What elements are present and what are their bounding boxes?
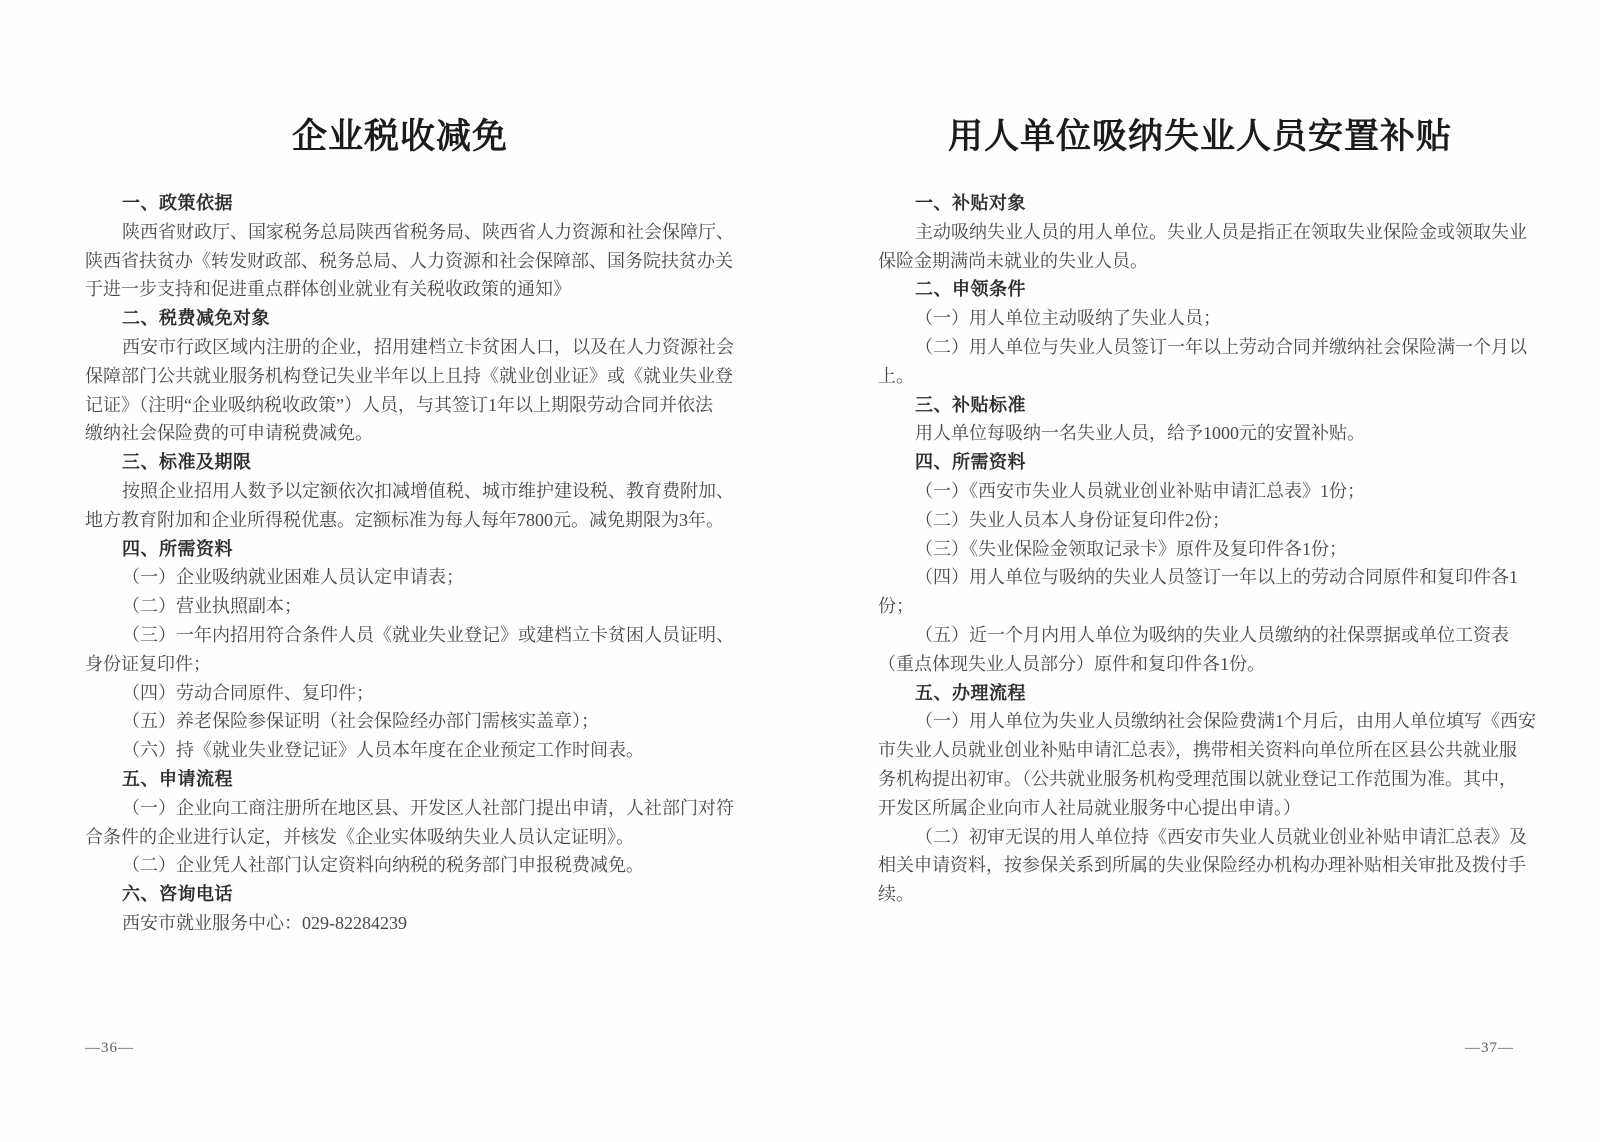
- page-left: 企业税收减免 一、政策依据陕西省财政厅、国家税务总局陕西省税务局、陕西省人力资源…: [0, 0, 800, 1142]
- text-line: （三）《失业保险金领取记录卡》原件及复印件各1份；: [878, 535, 1530, 564]
- section-heading: 三、标准及期限: [85, 448, 737, 477]
- section-heading: 六、咨询电话: [85, 880, 737, 909]
- text-line: 上。: [878, 362, 1530, 391]
- text-line: （六）持《就业失业登记证》人员本年度在企业预定工作时间表。: [85, 736, 737, 765]
- text-line: 西安市行政区域内注册的企业，招用建档立卡贫困人口，以及在人力资源社会: [85, 333, 737, 362]
- text-line: （五）养老保险参保证明（社会保险经办部门需核实盖章）；: [85, 707, 737, 736]
- section-heading: 五、申请流程: [85, 765, 737, 794]
- text-line: （四）劳动合同原件、复印件；: [85, 679, 737, 708]
- text-line: （一）企业吸纳就业困难人员认定申请表；: [85, 563, 737, 592]
- text-line: 西安市就业服务中心：029-82284239: [85, 909, 737, 938]
- text-line: 陕西省扶贫办《转发财政部、税务总局、人力资源和社会保障部、国务院扶贫办关: [85, 247, 737, 276]
- text-line: （二）企业凭人社部门认定资料向纳税的税务部门申报税费减免。: [85, 851, 737, 880]
- text-line: 身份证复印件；: [85, 650, 737, 679]
- text-line: （四）用人单位与吸纳的失业人员签订一年以上的劳动合同原件和复印件各1: [878, 563, 1530, 592]
- text-line: （二）初审无误的用人单位持《西安市失业人员就业创业补贴申请汇总表》及: [878, 823, 1530, 852]
- text-line: （一）用人单位主动吸纳了失业人员；: [878, 304, 1530, 333]
- text-line: 续。: [878, 880, 1530, 909]
- text-line: 市失业人员就业创业补贴申请汇总表》，携带相关资料向单位所在区县公共就业服: [878, 736, 1530, 765]
- text-line: 于进一步支持和促进重点群体创业就业有关税收政策的通知》: [85, 275, 737, 304]
- section-heading: 二、税费减免对象: [85, 304, 737, 333]
- page-title: 企业税收减免: [0, 112, 800, 162]
- text-line: （二）失业人员本人身份证复印件2份；: [878, 506, 1530, 535]
- page-title: 用人单位吸纳失业人员安置补贴: [800, 112, 1600, 162]
- section-heading: 四、所需资料: [878, 448, 1530, 477]
- text-line: 份；: [878, 592, 1530, 621]
- text-line: 保险金期满尚未就业的失业人员。: [878, 247, 1530, 276]
- text-line: 地方教育附加和企业所得税优惠。定额标准为每人每年7800元。减免期限为3年。: [85, 506, 737, 535]
- section-heading: 五、办理流程: [878, 679, 1530, 708]
- text-line: 主动吸纳失业人员的用人单位。失业人员是指正在领取失业保险金或领取失业: [878, 218, 1530, 247]
- text-line: 缴纳社会保险费的可申请税费减免。: [85, 419, 737, 448]
- section-heading: 一、补贴对象: [878, 189, 1530, 218]
- text-line: （一）企业向工商注册所在地区县、开发区人社部门提出申请，人社部门对符: [85, 794, 737, 823]
- document-spread: 企业税收减免 一、政策依据陕西省财政厅、国家税务总局陕西省税务局、陕西省人力资源…: [0, 0, 1600, 1142]
- page-body: 一、补贴对象主动吸纳失业人员的用人单位。失业人员是指正在领取失业保险金或领取失业…: [878, 189, 1530, 909]
- page-number: —37—: [1465, 1037, 1514, 1059]
- text-line: 用人单位每吸纳一名失业人员，给予1000元的安置补贴。: [878, 419, 1530, 448]
- text-line: （一）《西安市失业人员就业创业补贴申请汇总表》1份；: [878, 477, 1530, 506]
- text-line: （二）用人单位与失业人员签订一年以上劳动合同并缴纳社会保险满一个月以: [878, 333, 1530, 362]
- text-line: 务机构提出初审。（公共就业服务机构受理范围以就业登记工作范围为准。其中，: [878, 765, 1530, 794]
- page-right: 用人单位吸纳失业人员安置补贴 一、补贴对象主动吸纳失业人员的用人单位。失业人员是…: [800, 0, 1600, 1142]
- text-line: （重点体现失业人员部分）原件和复印件各1份。: [878, 650, 1530, 679]
- section-heading: 二、申领条件: [878, 275, 1530, 304]
- text-line: （一）用人单位为失业人员缴纳社会保险费满1个月后，由用人单位填写《西安: [878, 707, 1530, 736]
- page-number: —36—: [85, 1037, 134, 1059]
- text-line: 按照企业招用人数予以定额依次扣减增值税、城市维护建设税、教育费附加、: [85, 477, 737, 506]
- text-line: 合条件的企业进行认定，并核发《企业实体吸纳失业人员认定证明》。: [85, 823, 737, 852]
- text-line: 记证》（注明“企业吸纳税收政策”）人员，与其签订1年以上期限劳动合同并依法: [85, 391, 737, 420]
- text-line: 开发区所属企业向市人社局就业服务中心提出申请。）: [878, 794, 1530, 823]
- section-heading: 四、所需资料: [85, 535, 737, 564]
- page-body: 一、政策依据陕西省财政厅、国家税务总局陕西省税务局、陕西省人力资源和社会保障厅、…: [85, 189, 737, 938]
- text-line: 保障部门公共就业服务机构登记失业半年以上且持《就业创业证》或《就业失业登: [85, 362, 737, 391]
- text-line: 相关申请资料，按参保关系到所属的失业保险经办机构办理补贴相关审批及拨付手: [878, 851, 1530, 880]
- section-heading: 三、补贴标准: [878, 391, 1530, 420]
- section-heading: 一、政策依据: [85, 189, 737, 218]
- text-line: 陕西省财政厅、国家税务总局陕西省税务局、陕西省人力资源和社会保障厅、: [85, 218, 737, 247]
- text-line: （三）一年内招用符合条件人员《就业失业登记》或建档立卡贫困人员证明、: [85, 621, 737, 650]
- text-line: （五）近一个月内用人单位为吸纳的失业人员缴纳的社保票据或单位工资表: [878, 621, 1530, 650]
- text-line: （二）营业执照副本；: [85, 592, 737, 621]
